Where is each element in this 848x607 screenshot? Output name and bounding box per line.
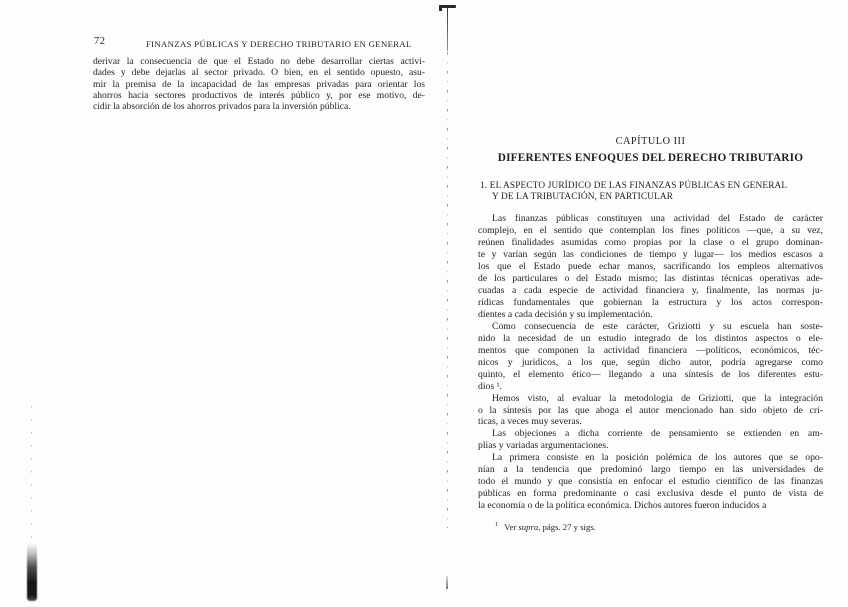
crop-mark-icon — [439, 5, 442, 11]
text-line: cuadas a cada especie de actividad finan… — [478, 285, 823, 297]
text-line: La primera consiste en la posición polém… — [478, 452, 823, 464]
text-line: dios ¹. — [478, 381, 823, 393]
text-line: o la síntesis por las que aboga el autor… — [478, 405, 823, 417]
crop-mark-icon — [447, 7, 448, 51]
paragraph: Como consecuencia de este carácter, Griz… — [478, 321, 823, 393]
text-line: nido la necesidad de un estudio integrad… — [478, 333, 823, 345]
text-line: la economía o de la política económica. … — [478, 500, 823, 512]
text-line: dades y debe dejarlas al sector privado.… — [93, 67, 425, 78]
left-page-paragraph: derivar la consecuencia de que el Estado… — [93, 56, 425, 113]
fold-line — [447, 52, 448, 528]
paragraph: La primera consiste en la posición polém… — [478, 452, 823, 512]
text-line: mentos que componen la actividad financi… — [478, 345, 823, 357]
text-line: de los particulares o del Estado mismo; … — [478, 273, 823, 285]
text-line: ahorros hacia sectores productivos de in… — [93, 90, 425, 101]
chapter-label: CAPÍTULO III — [478, 136, 823, 147]
text-line: Como consecuencia de este carácter, Griz… — [478, 321, 823, 333]
text-line: todo el mundo y que consistía en enfocar… — [478, 476, 823, 488]
scan-smudge — [27, 543, 37, 601]
text-line: mir la premisa de la incapacidad de las … — [93, 79, 425, 90]
right-page-body: Las finanzas públicas constituyen una ac… — [478, 213, 823, 512]
text-line: nicos y jurídicos, a los que, según dich… — [478, 357, 823, 369]
footnote-text-italic: supra — [518, 522, 538, 532]
text-line: 1. EL ASPECTO JURÍDICO DE LAS FINANZAS P… — [480, 181, 825, 192]
text-line: Y DE LA TRIBUTACIÓN, EN PARTICULAR — [492, 192, 825, 203]
page-number: 72 — [94, 36, 106, 47]
text-line: te y varían según las condiciones de tie… — [478, 249, 823, 261]
fold-line-tail — [446, 576, 448, 589]
text-line: rídicas fundamentales que gobiernan la e… — [478, 297, 823, 309]
paragraph: Hemos visto, al evaluar la metodología d… — [478, 393, 823, 429]
footnote-text: , págs. 27 y sigs. — [538, 522, 596, 532]
text-line: Hemos visto, al evaluar la metodología d… — [478, 393, 823, 405]
text-line: cidir la absorción de los ahorros privad… — [93, 101, 425, 112]
text-line: Las objeciones a dicha corriente de pens… — [478, 428, 823, 440]
text-line: Las finanzas públicas constituyen una ac… — [478, 213, 823, 225]
text-line: ticas, a veces muy severas. — [478, 416, 823, 428]
paragraph: Las objeciones a dicha corriente de pens… — [478, 428, 823, 452]
text-line: dientes a cada decisión y su implementac… — [478, 309, 823, 321]
text-line: plias y variadas argumentaciones. — [478, 440, 823, 452]
page-edge-dotted-line — [31, 406, 32, 546]
paragraph: Las finanzas públicas constituyen una ac… — [478, 213, 823, 321]
footnote: 1Ver supra, págs. 27 y sigs. — [478, 521, 840, 532]
footnote-marker: 1 — [495, 521, 498, 528]
text-line: quinto, el elemento ético— llegando a un… — [478, 369, 823, 381]
running-header-title: FINANZAS PÚBLICAS Y DERECHO TRIBUTARIO E… — [146, 39, 412, 49]
text-line: reúnen finalidades asumidas como propias… — [478, 237, 823, 249]
section-heading: 1. EL ASPECTO JURÍDICO DE LAS FINANZAS P… — [480, 181, 825, 204]
footnote-text: Ver — [504, 522, 518, 532]
text-line: los que el Estado puede echar manos, sac… — [478, 261, 823, 273]
text-line: complejo, en el sentido que contemplan l… — [478, 225, 823, 237]
text-line: derivar la consecuencia de que el Estado… — [93, 56, 425, 67]
text-line: nían a la tendencia que predominó largo … — [478, 464, 823, 476]
chapter-title: DIFERENTES ENFOQUES DEL DERECHO TRIBUTAR… — [478, 152, 823, 164]
text-line: públicas en forma predominante o casi ex… — [478, 488, 823, 500]
book-scan-spread: 72 FINANZAS PÚBLICAS Y DERECHO TRIBUTARI… — [0, 0, 848, 607]
